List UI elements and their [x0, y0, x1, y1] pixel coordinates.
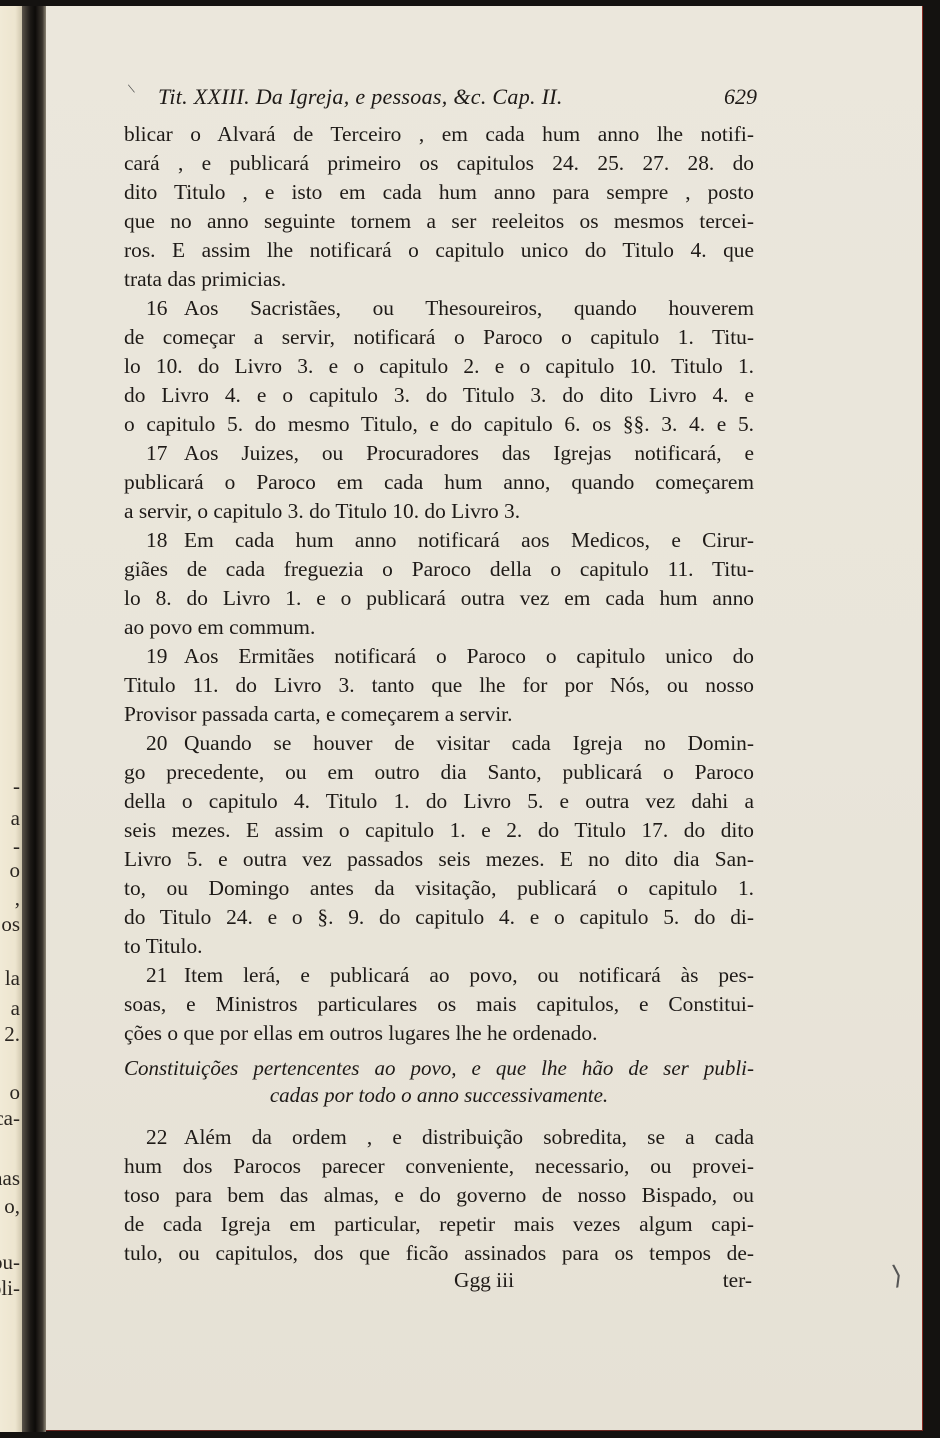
section-rubric-line-1: Constituições pertencentes ao povo, e qu…	[124, 1054, 754, 1083]
facing-fragment: o	[10, 858, 21, 883]
paragraph-number: 22	[146, 1123, 184, 1152]
text-line: de começar a servir, notificará o Paroco…	[124, 323, 754, 352]
text-line: toso para bem das almas, e do governo de…	[124, 1181, 754, 1210]
text-line: de cada Igreja em particular, repetir ma…	[124, 1210, 754, 1239]
text-line: lo 8. do Livro 1. e o publicará outra ve…	[124, 584, 754, 613]
paragraph-16: 16Aos Sacristães, ou Thesoureiros, quand…	[124, 294, 754, 323]
facing-page-edge: - a - o , os la a 2. o ca- nas o, ou- ol…	[0, 6, 22, 1432]
paragraph-18: 18Em cada hum anno notificará aos Medico…	[124, 526, 754, 555]
paragraph-19: 19Aos Ermitães notificará o Paroco o cap…	[124, 642, 754, 671]
facing-fragment: o	[10, 1080, 21, 1105]
paragraph-number: 21	[146, 961, 184, 990]
running-header: \ Tit. XXIII. Da Igreja, e pessoas, &c. …	[126, 84, 757, 114]
facing-fragment: ,	[15, 886, 20, 911]
text-line: Livro 5. e outra vez passados seis mezes…	[124, 845, 754, 874]
paragraph-22: 22Além da ordem , e distribuição sobredi…	[124, 1123, 754, 1152]
text-line: seis mezes. E assim o capitulo 1. e 2. d…	[124, 816, 754, 845]
text-line: ros. E assim lhe notificará o capitulo u…	[124, 236, 754, 265]
page-number: 629	[724, 84, 757, 110]
text-line: tulo, ou capitulos, dos que ficão assina…	[124, 1239, 754, 1268]
text-line: do Livro 4. e o capitulo 3. do Titulo 3.…	[124, 381, 754, 410]
facing-fragment: ca-	[0, 1106, 20, 1131]
text-line: dito Titulo , e isto em cada hum anno pa…	[124, 178, 754, 207]
text-line: go precedente, ou em outro dia Santo, pu…	[124, 758, 754, 787]
facing-fragment: o,	[4, 1194, 20, 1219]
text-line: a servir, o capitulo 3. do Titulo 10. do…	[124, 497, 754, 526]
text-line: hum dos Parocos parecer conveniente, nec…	[124, 1152, 754, 1181]
text-line: publicará o Paroco em cada hum anno, qua…	[124, 468, 754, 497]
text-line: blicar o Alvará de Terceiro , em cada hu…	[124, 120, 754, 149]
text-line: trata das primicias.	[124, 265, 754, 294]
text-line: Titulo 11. do Livro 3. tanto que lhe for…	[124, 671, 754, 700]
text-line: que no anno seguinte tornem a ser reelei…	[124, 207, 754, 236]
text-line: to Titulo.	[124, 932, 754, 961]
facing-fragment: -	[13, 774, 20, 799]
running-title: Tit. XXIII. Da Igreja, e pessoas, &c. Ca…	[158, 84, 563, 110]
text-line: cará , e publicará primeiro os capitulos…	[124, 149, 754, 178]
text-line: lo 10. do Livro 3. e o capitulo 2. e o c…	[124, 352, 754, 381]
text-line: Provisor passada carta, e começarem a se…	[124, 700, 754, 729]
paragraph-number: 16	[146, 294, 184, 323]
facing-fragment: a	[11, 996, 20, 1021]
text-line: ao povo em commum.	[124, 613, 754, 642]
paragraph-number: 20	[146, 729, 184, 758]
text-line: to, ou Domingo antes da visitação, publi…	[124, 874, 754, 903]
section-rubric-line-2: cadas por todo o anno successivamente.	[124, 1081, 754, 1110]
text-line: ções o que por ellas em outros lugares l…	[124, 1019, 754, 1048]
stray-mark: \	[127, 82, 136, 98]
paragraph-20: 20Quando se houver de visitar cada Igrej…	[124, 729, 754, 758]
facing-fragment: oli-	[0, 1276, 20, 1301]
paragraph-number: 18	[146, 526, 184, 555]
facing-fragment: nas	[0, 1166, 20, 1191]
text-line: giães de cada freguezia o Paroco della o…	[124, 555, 754, 584]
text-line: o capitulo 5. do mesmo Titulo, e do capi…	[124, 410, 754, 439]
facing-fragment: ou-	[0, 1250, 20, 1275]
paragraph-17: 17Aos Juizes, ou Procuradores das Igreja…	[124, 439, 754, 468]
text-line: do Titulo 24. e o §. 9. do capitulo 4. e…	[124, 903, 754, 932]
facing-fragment: -	[13, 834, 20, 859]
facing-fragment: os	[1, 912, 20, 937]
facing-fragment: a	[11, 806, 20, 831]
facing-fragment: 2.	[4, 1022, 20, 1047]
paragraph-21: 21Item lerá, e publicará ao povo, ou not…	[124, 961, 754, 990]
catchword: ter-	[723, 1268, 752, 1293]
paragraph-number: 17	[146, 439, 184, 468]
facing-fragment: la	[5, 966, 20, 991]
paragraph-number: 19	[146, 642, 184, 671]
book-page: \ Tit. XXIII. Da Igreja, e pessoas, &c. …	[46, 6, 923, 1431]
pencil-mark: ⟩	[889, 1260, 904, 1291]
signature-mark: Ggg iii	[454, 1268, 514, 1293]
book-spine-gutter	[22, 6, 46, 1432]
text-line: soas, e Ministros particulares os mais c…	[124, 990, 754, 1019]
text-line: della o capitulo 4. Titulo 1. do Livro 5…	[124, 787, 754, 816]
